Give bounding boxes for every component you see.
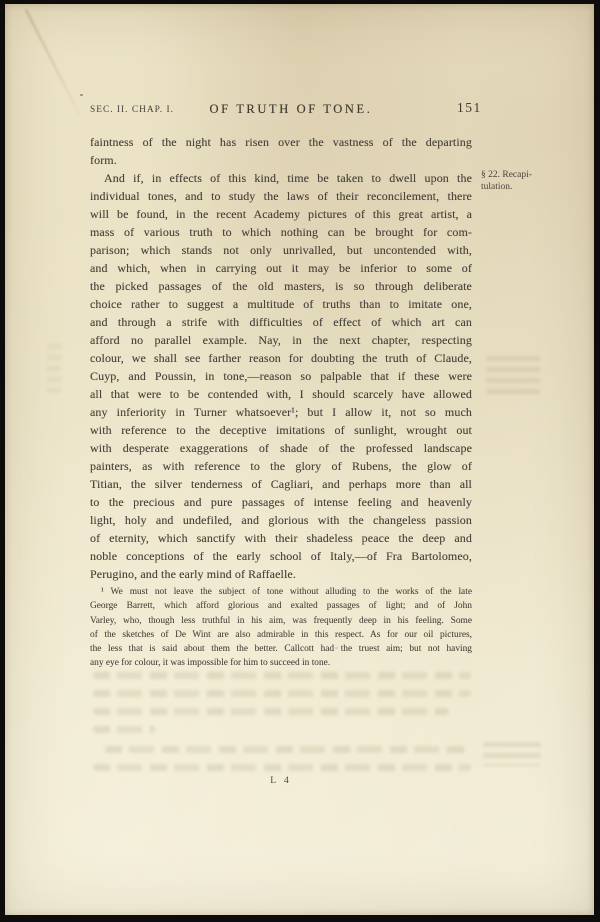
text-line: ¹ We must not leave the subject of tone …: [90, 585, 472, 599]
text-line: faintness of the night has risen over th…: [90, 133, 472, 151]
text-line: any inferiority in Turner whatsoever¹; b…: [90, 403, 472, 421]
text-line: individual tones, and to study the laws …: [90, 187, 472, 205]
text-line: of eternity, which sanctify with their s…: [90, 529, 472, 547]
text-line: the picked passages of the old masters, …: [90, 277, 472, 295]
text-line: light, holy and undefiled, and glorious …: [90, 511, 472, 529]
text-line: of the sketches of De Wint are also admi…: [90, 628, 472, 642]
text-line: choice rather to suggest a multitude of …: [90, 295, 472, 313]
show-through-ghost: [93, 672, 471, 679]
text-line: George Barrett, which afford glorious an…: [90, 599, 472, 613]
body-text: faintness of the night has risen over th…: [90, 133, 472, 583]
running-header-title: OF TRUTH OF TONE.: [210, 102, 373, 117]
text-line: Perugino, and the early mind of Raffaell…: [90, 565, 472, 583]
show-through-ghost: [93, 726, 155, 733]
text-line: will be found, in the recent Academy pic…: [90, 205, 472, 223]
text-line: to the precious and pure passages of int…: [90, 493, 472, 511]
text-line: all that were to be contended with, I sh…: [90, 385, 472, 403]
scanned-book-page: SEC. II. CHAP. I. OF TRUTH OF TONE. 151 …: [0, 0, 600, 922]
margin-note: § 22. Recapi-tulation.: [481, 170, 547, 193]
paragraph: And if, in effects of this kind, time be…: [90, 169, 472, 583]
footnote: ¹ We must not leave the subject of tone …: [90, 585, 472, 671]
paper-speck: [80, 94, 83, 96]
show-through-ghost: [105, 746, 471, 753]
page-number: 151: [457, 100, 482, 116]
text-line: and through a strife with difficulties o…: [90, 313, 472, 331]
page-paper: SEC. II. CHAP. I. OF TRUTH OF TONE. 151 …: [5, 4, 594, 915]
text-line: Varley, who, though less truthful in his…: [90, 614, 472, 628]
paper-crease: [25, 9, 80, 115]
text-line: § 22. Recapi-: [481, 170, 547, 182]
text-line: noble conceptions of the early school of…: [90, 547, 472, 565]
text-line: colour, we shall see farther reason for …: [90, 349, 472, 367]
text-line: Cuyp, and Poussin, in tone,—reason so pa…: [90, 367, 472, 385]
show-through-ghost: [93, 708, 449, 715]
text-line: and which, when in carrying out it may b…: [90, 259, 472, 277]
text-line: painters, as with reference to the glory…: [90, 457, 472, 475]
show-through-ghost: [93, 690, 471, 697]
signature-mark: L 4: [90, 776, 472, 786]
running-header-section: SEC. II. CHAP. I.: [90, 105, 174, 115]
text-line: afford no parallel example. Nay, in the …: [90, 331, 472, 349]
paragraph-continuation: faintness of the night has risen over th…: [90, 133, 472, 169]
text-line: the less that is said about them the bet…: [90, 642, 472, 656]
show-through-ghost: [47, 344, 61, 394]
text-line: with desperate exaggerations of shade of…: [90, 439, 472, 457]
text-line: parison; which stands not only unrivalle…: [90, 241, 472, 259]
show-through-ghost: [486, 356, 540, 396]
show-through-ghost: [483, 742, 541, 766]
text-line: And if, in effects of this kind, time be…: [90, 169, 472, 187]
text-line: mass of various truth to which nothing c…: [90, 223, 472, 241]
text-line: any eye for colour, it was impossible fo…: [90, 656, 472, 670]
text-line: with reference to the deceptive imitatio…: [90, 421, 472, 439]
show-through-ghost: [93, 764, 471, 771]
text-line: tulation.: [481, 182, 547, 194]
text-line: Titian, the silver tenderness of Cagliar…: [90, 475, 472, 493]
text-line: form.: [90, 151, 472, 169]
